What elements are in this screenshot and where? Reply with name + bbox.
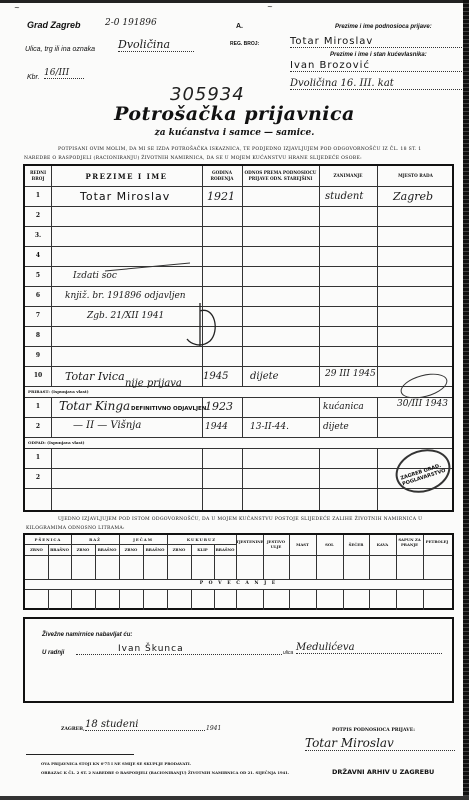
cell-workplace: 30/III 1943 xyxy=(397,399,448,409)
stock-header-corn: KUKURUZ xyxy=(167,537,236,542)
stocks-declaration: KILOGRAMIMA ODNOSNO LITRAMA: xyxy=(26,526,125,531)
col-header-no: REDNI BROJ xyxy=(25,170,51,182)
cell-occupation: dijete xyxy=(323,422,349,432)
stock-subheader: ZRNO xyxy=(71,547,95,552)
stock-header-coffee: KAVA xyxy=(369,542,396,547)
regulation-note: OBRAZAC K ČL. 2 ST. 2 NAREDBE O RASPODJE… xyxy=(41,770,289,775)
row-divider xyxy=(25,468,452,469)
street-field[interactable]: Dvoličina xyxy=(118,38,194,52)
street-label: Ulica, trg ili ina oznaka xyxy=(25,46,95,53)
row-divider xyxy=(25,589,452,590)
stocks-declaration: UJEDNO IZJAVLJUJEM POD ISTOM ODGOVORNOŠĆ… xyxy=(58,517,422,522)
row-divider xyxy=(25,266,452,267)
cell-name: — II — Višnja xyxy=(73,420,141,431)
city-label: Grad Zagreb xyxy=(27,20,81,30)
row-number: 6 xyxy=(25,292,51,299)
row-number: 10 xyxy=(25,372,51,379)
column-divider xyxy=(377,166,378,510)
additions-label: PRIRAST: (Ispunjava vlast) xyxy=(28,389,89,394)
cell-birth-year: 1923 xyxy=(205,400,233,413)
document-page: ~ ~ Grad Zagreb 2-0 191896 A. REG. BROJ:… xyxy=(0,0,469,800)
row-number: 9 xyxy=(25,352,51,359)
row-number: 7 xyxy=(25,312,51,319)
col-header-relation: ODNOS PREMA PODNOSIOCU PRIJAVE ODN. STAR… xyxy=(242,170,319,182)
stock-header-pasta: TJESTENINE xyxy=(236,539,263,544)
signature-label: POTPIS PODNOSIOCA PRIJAVE: xyxy=(332,728,415,733)
applicant-label: Prezime i ime podnosioca prijave: xyxy=(335,24,432,30)
stock-header-sugar: ŠEĆER xyxy=(343,542,369,547)
stock-subheader: BRAŠNO xyxy=(143,547,167,552)
row-number: 8 xyxy=(25,332,51,339)
cell-name: Totar Miroslav xyxy=(80,190,170,203)
stock-subheader: BRAŠNO xyxy=(95,547,119,552)
shop-label: U radnji xyxy=(42,650,64,656)
annotation-note: knjiž. br. 191896 odjavljen xyxy=(65,291,186,301)
year-field: 1941 xyxy=(206,725,221,732)
row-number: 5 xyxy=(25,272,51,279)
stock-header-salt: SOL xyxy=(316,542,343,547)
cell-relation: 13-II-44. xyxy=(250,422,289,432)
stock-subheader: KLIP xyxy=(191,547,214,552)
shop-street-field[interactable]: Medulićeva xyxy=(296,642,442,654)
row-divider xyxy=(25,226,452,227)
stock-header-soap: SAPUN ZA PRANJE xyxy=(396,537,423,547)
cell-birth-year: 1921 xyxy=(207,190,235,203)
cell-birth-year: 1944 xyxy=(205,422,228,432)
cell-occupation: student xyxy=(325,191,363,202)
shop-name-field[interactable]: Ivan Škunca xyxy=(76,644,282,655)
cell-occupation: 29 III 1945 xyxy=(325,369,376,379)
row-divider xyxy=(25,579,452,580)
row-divider xyxy=(25,246,452,247)
row-number: 4 xyxy=(25,252,51,259)
declaration-text: POTPISANI OVIM MOLIM, DA MI SE IZDA POTR… xyxy=(58,147,422,152)
row-number: 3. xyxy=(25,232,51,239)
row-number: 1 xyxy=(25,454,51,461)
city-handwritten-note: 2-0 191896 xyxy=(105,18,157,28)
signature-field[interactable]: Totar Miroslav xyxy=(305,736,455,751)
column-divider xyxy=(242,166,243,510)
stock-header-wheat: PŠENICA xyxy=(25,537,71,542)
shop-street-label: ulica xyxy=(283,650,293,656)
scan-edge-top xyxy=(0,0,469,3)
shop-box xyxy=(23,617,454,703)
applicant-field[interactable]: Totar Miroslav xyxy=(290,36,462,48)
row-divider xyxy=(25,186,452,187)
cell-name: Totar Ivica xyxy=(65,370,125,383)
typed-overlay-stamp: DEFINITIVNO ODJAVLJEN xyxy=(131,406,206,412)
margin-scribble: ~ xyxy=(267,3,273,11)
row-divider xyxy=(25,346,452,347)
date-field[interactable]: 18 studeni xyxy=(85,719,205,731)
column-divider xyxy=(51,166,52,510)
row-divider xyxy=(25,397,452,398)
col-header-birth-year: GODINA ROĐENJA xyxy=(202,170,242,182)
stock-header-oil: JESTIVO ULJE xyxy=(263,539,289,549)
page-subtitle: za kućanstva i samce — samice. xyxy=(0,128,469,138)
row-number: 2 xyxy=(25,423,51,430)
col-header-workplace: MJESTO RADA xyxy=(377,173,454,179)
row-number: 2 xyxy=(25,212,51,219)
margin-scribble: ~ xyxy=(14,4,20,12)
stock-header-rye: RAŽ xyxy=(71,537,119,542)
price-note: OVA PRIJAVNICA STOJI KN 0'75 I NE SMIJE … xyxy=(41,761,191,766)
shop-heading: Živežne namirnice nabavljat ću: xyxy=(42,632,132,638)
stock-subheader: ZRNO xyxy=(167,547,191,552)
stock-subheader: BRAŠNO xyxy=(214,547,236,552)
removals-band xyxy=(25,438,452,448)
increase-band-label: P O V E Ć A N J E xyxy=(25,581,452,586)
scan-edge-bottom xyxy=(0,796,469,800)
additions-band xyxy=(25,387,452,397)
row-divider xyxy=(25,366,452,367)
annotation-note: Zgb. 21/XII 1941 xyxy=(87,311,164,321)
removals-label: ODPAD: (Ispunjava vlast) xyxy=(28,440,85,445)
stocks-table: PŠENICA RAŽ JEČAM KUKURUZ ZRNO BRAŠNO ZR… xyxy=(23,533,454,610)
row-divider xyxy=(25,417,452,418)
household-table: REDNI BROJ PREZIME I IME GODINA ROĐENJA … xyxy=(23,164,454,512)
stock-subheader: ZRNO xyxy=(25,547,48,552)
place-label: ZAGREB, xyxy=(61,727,85,732)
form-letter: A. xyxy=(236,23,243,30)
householder-name-field[interactable]: Ivan Brozović xyxy=(290,60,462,72)
archive-watermark: DRŽAVNI ARHIV U ZAGREBU xyxy=(332,768,434,776)
cell-name: Totar Kinga xyxy=(59,399,130,413)
house-number-field[interactable]: 16/III xyxy=(44,68,84,79)
footer-rule xyxy=(26,754,134,755)
row-number: 2 xyxy=(25,474,51,481)
stock-header-petroleum: PETROLEJ xyxy=(423,539,451,544)
row-number: 1 xyxy=(25,403,51,410)
strikethrough-line-icon xyxy=(95,261,195,273)
house-number-label: Kbr. xyxy=(27,74,40,81)
stock-subheader: BRAŠNO xyxy=(48,547,71,552)
cell-occupation: kućanica xyxy=(323,402,364,412)
row-divider xyxy=(25,544,236,545)
row-divider xyxy=(25,488,452,489)
declaration-text: NAREDBE O RASPODJELI (RACIONIRANJU) ŽIVO… xyxy=(24,156,362,161)
serial-number: 305934 xyxy=(170,84,245,105)
cell-relation: dijete xyxy=(250,371,279,382)
col-header-name: PREZIME I IME xyxy=(51,174,202,180)
householder-label: Prezime i ime i stan kućevlasnika: xyxy=(330,52,427,58)
row-divider xyxy=(25,206,452,207)
stock-subheader: ZRNO xyxy=(119,547,143,552)
row-divider xyxy=(25,306,452,307)
signature-scribble-icon xyxy=(185,301,235,351)
stock-header-lard: MAST xyxy=(289,542,316,547)
row-divider xyxy=(25,326,452,327)
stock-header-barley: JEČAM xyxy=(119,537,167,542)
row-divider xyxy=(25,555,452,556)
column-divider xyxy=(319,166,320,510)
row-divider xyxy=(25,286,452,287)
householder-address-field[interactable]: Dvoličina 16. III. kat xyxy=(290,78,462,90)
reg-number-label: REG. BROJ: xyxy=(230,41,259,47)
row-divider xyxy=(25,448,452,449)
row-number: 1 xyxy=(25,192,51,199)
cell-workplace: Zagreb xyxy=(393,190,433,203)
page-title: Potrošačka prijavnica xyxy=(0,103,469,125)
additions-note: nije prijava xyxy=(125,378,182,389)
col-header-occupation: ZANIMANJE xyxy=(319,173,377,179)
cell-birth-year: 1945 xyxy=(203,371,228,382)
